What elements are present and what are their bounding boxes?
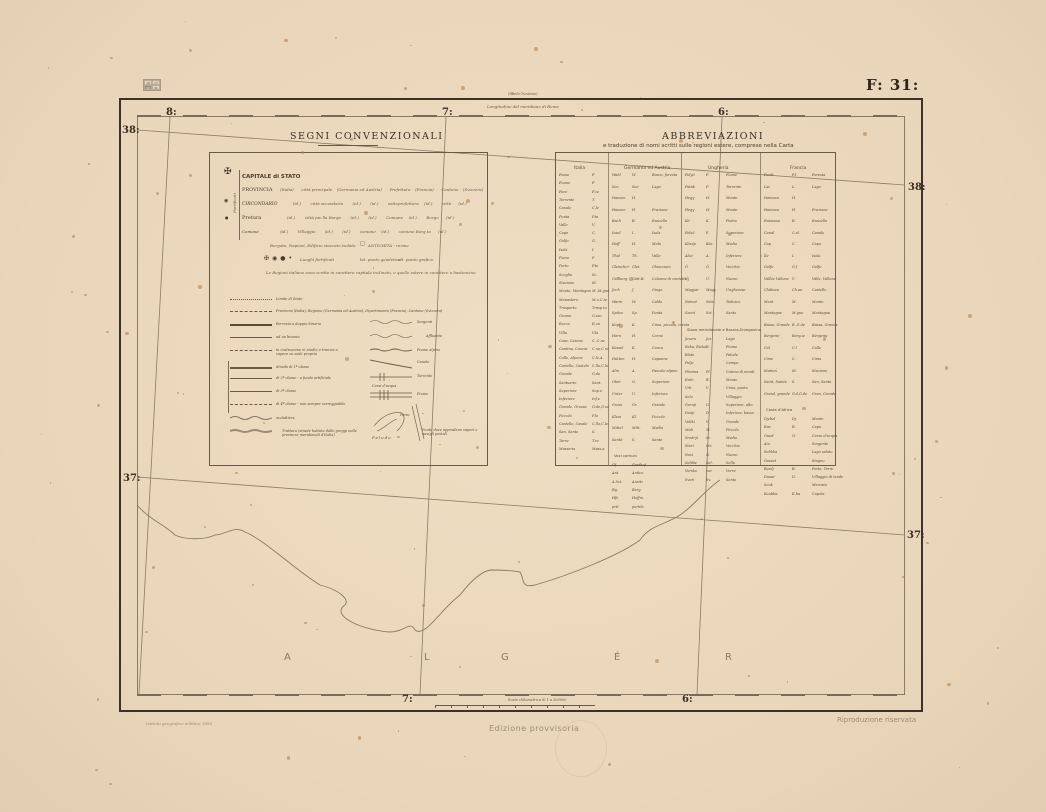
foxing-speck (145, 631, 147, 633)
abbr-cell: Fosso (559, 173, 569, 177)
abbr-cell: Isola (812, 254, 821, 258)
foxing-speck (198, 285, 201, 288)
abbr-cell: Col (764, 346, 770, 350)
foxing-speck (263, 422, 265, 424)
foxing-speck (398, 730, 399, 731)
abbr-cell: B. (792, 467, 796, 471)
hierarchy-col: (id.) (370, 201, 378, 206)
tramway-symbol (230, 350, 272, 351)
foxing-speck (890, 197, 893, 200)
abbr-cell: Casa, Casone (559, 339, 583, 343)
abbr-cell: A. (706, 254, 710, 258)
abbr-cell: Île (764, 254, 769, 258)
abbr-cell: R. (792, 219, 796, 223)
foxing-speck (110, 57, 112, 59)
foxing-speck (350, 138, 353, 141)
hierarchy-col: (id.) (409, 215, 417, 220)
abbr-cell: Mali (685, 428, 693, 432)
abbr-cell: Piccolo (652, 415, 665, 419)
abbr-cell: Frazione (652, 208, 668, 212)
abbr-cell: Gf. (612, 463, 617, 467)
abbr-cell: St. (792, 369, 797, 373)
region-letter: É (614, 652, 620, 663)
abbr-cell: San, Santo (559, 430, 578, 434)
foxing-speck (461, 86, 465, 90)
alpine-river-symbol (370, 347, 412, 353)
abbr-cell: Th. (632, 254, 638, 258)
line-symbol-label: Trattura (strade battute dalle greggi ne… (282, 429, 362, 437)
road-1-symbol (230, 367, 272, 369)
hierarchy-col: (Francia) (415, 187, 434, 192)
line-symbol-label: Ferrovia a doppio binario (276, 322, 321, 326)
abbr-cell: C.l (792, 346, 797, 350)
foxing-speck (404, 87, 407, 90)
foxing-speck (304, 622, 306, 624)
abbr-cell: Dj. (792, 417, 797, 421)
abbr-cell: Szent (685, 311, 695, 315)
abbr-cell: C.llo,C.lo (592, 364, 608, 368)
abbr-cell: Palude (726, 353, 738, 357)
abbr-cell: F. (592, 173, 595, 177)
foxing-speck (71, 291, 73, 293)
hierarchy-col: Comune (386, 215, 403, 220)
abbr-cell: Monte (812, 417, 823, 421)
abbr-cell: Monte (726, 378, 737, 382)
abbr-cell: Punta (652, 311, 662, 315)
abbr-cell: Souk (764, 483, 773, 487)
abbr-cell: Gran, Grande (812, 392, 836, 396)
abbr-cell: Medio (726, 436, 737, 440)
abbr-subheader: Slavo meridionale e Bosnia-Erzegovina (687, 327, 761, 332)
abbr-cell: Sveti (685, 478, 694, 482)
abbr-cell: Vecchio (726, 265, 740, 269)
abbr-cell: G. (592, 239, 596, 243)
abbr-cell: Villaggio (726, 395, 742, 399)
abbr-cell: Sankt (612, 438, 622, 442)
abbr-cell: Brdo (685, 378, 694, 382)
abbr-cell: C. (792, 242, 796, 246)
foxing-speck (380, 471, 381, 472)
abbr-cell: Mass.a (592, 447, 604, 451)
abbr-cell: K.ba (792, 492, 800, 496)
abbr-cell: Canale (812, 231, 824, 235)
abbr-cell: Sella (726, 461, 735, 465)
abbr-cell: Berg.ie (792, 334, 805, 338)
abbr-cell: A.Sct. (612, 480, 623, 484)
hierarchy-col: (id.) (381, 229, 389, 234)
foxing-speck (660, 447, 663, 450)
abbr-cell: M. (706, 428, 711, 432)
abbr-cell: Unter (612, 392, 622, 396)
abbr-cell: Jez. (706, 337, 712, 341)
abbr-cell: Frazione (812, 208, 828, 212)
abbr-cell: Molo (652, 242, 661, 246)
abbr-cell: Kö (685, 219, 690, 223)
abbr-cell: Selište (685, 461, 697, 465)
footer-publisher: Istituto geografico militare 1885 (146, 721, 212, 726)
abbr-cell: Golfo (559, 239, 568, 243)
foxing-speck (672, 321, 675, 324)
scale-bar (435, 705, 595, 708)
abbr-cell: I. (592, 248, 595, 252)
water-symbol-label: Punte dove approdano vapori e navigli po… (422, 428, 482, 436)
abbr-cell: Djebel (764, 417, 775, 421)
abbr-cell: Horn (612, 334, 621, 338)
hierarchy-label: Comune (242, 229, 259, 234)
footer-rights: Riproduzione riservata (837, 716, 916, 724)
abbr-cell: P.ta (592, 215, 598, 219)
abbr-cell: Bassa, Grande (812, 323, 838, 327)
abbr-cell: Bordj (764, 467, 774, 471)
column-divider (760, 153, 761, 465)
legend-note: Le Regioni italiane sono scritte in cara… (266, 270, 475, 275)
foxing-speck (640, 97, 641, 98)
abbr-cell: Nuovo (726, 453, 738, 457)
abbr-cell: D. (706, 411, 710, 415)
abbr-cell: Mitt. (632, 426, 641, 430)
abbr-cell: H. (706, 196, 710, 200)
abbr-cell: Colle (812, 346, 821, 350)
abbr-cell: Vorsko (685, 469, 697, 473)
abbr-cell: Cima, punta (726, 386, 748, 390)
circondario-symbol-icon: ◉ (224, 198, 228, 204)
abbr-cell: Station (764, 369, 777, 373)
abbr-cell: M. (792, 300, 797, 304)
column-divider (681, 153, 682, 465)
legend-note: ANTICHITA - rovine (368, 243, 409, 248)
abbr-cell: Gletscher (612, 265, 629, 269)
spring-symbol (370, 319, 412, 325)
abbr-cell: Ó (685, 265, 688, 269)
abbr-cell: Forte, Torre (812, 467, 833, 471)
side-label: Fortificati (232, 193, 237, 213)
foxing-speck (760, 255, 762, 257)
hierarchy-col: (id.) (342, 229, 350, 234)
abbr-cell: Foce (559, 190, 567, 194)
abbr-cell: Oued (764, 434, 773, 438)
abbr-cell: Wald (612, 173, 621, 177)
abbreviations-title: ABBREVIAZIONI (662, 131, 764, 142)
abbr-cell: Foresta (812, 173, 825, 177)
line-symbol-label: di 4ª classe - non sempre carreggiabile (276, 402, 345, 406)
abbr-cell: Cima (812, 357, 821, 361)
abbr-cell: T.re (592, 439, 599, 443)
abbr-cell: Castello, Casale (559, 422, 587, 426)
water-symbol-label: Canale (417, 360, 429, 364)
abbr-cell: Douar (764, 475, 775, 479)
abbr-cell: Capanne (652, 357, 668, 361)
abbr-cell: H. (632, 242, 636, 246)
abbr-cell: Santo (652, 438, 662, 442)
hierarchy-col: Prefettura (390, 187, 411, 192)
abbr-cell: Pietra (726, 219, 737, 223)
abbr-cell: Villaggio di tende (812, 475, 843, 479)
abbr-cell: P.lo (592, 414, 598, 418)
abbr-cell: Sp. (632, 311, 638, 315)
abbr-cell: Grosso (559, 314, 571, 318)
abbr-cell: Ruisseau (764, 219, 780, 223)
abbr-cell: See (632, 185, 639, 189)
road-3-symbol (230, 391, 272, 392)
foxing-speck (892, 472, 894, 474)
foxing-speck (109, 783, 111, 785)
abbr-cell: Bosco, foresta (652, 173, 677, 177)
abbr-cell: Köz. (706, 242, 714, 246)
abbr-cell: Stazione (559, 281, 574, 285)
abbr-cell: Novi (685, 453, 693, 457)
foxing-speck (863, 132, 866, 135)
abbr-cell: Monte (726, 208, 737, 212)
abbr-cell: Garaet (764, 459, 776, 463)
water-symbol-label: Fiume (417, 392, 428, 396)
foxing-speck (968, 314, 972, 318)
scale-label: Scala chilometrica di 1 a 500000 (508, 698, 566, 702)
abbr-cell: Torrente (726, 185, 741, 189)
legend-circondario: CIRCONDARIO (id.) città secondaria (id.)… (242, 201, 467, 207)
abbr-cell: Sr. (706, 436, 711, 440)
water-symbol-label: Affluente (426, 334, 442, 338)
blind-stamp (555, 720, 607, 777)
hierarchy-col: (id.) (446, 215, 454, 220)
abbr-cell: Hütten (612, 357, 624, 361)
water-symbol-label: Palude (372, 435, 392, 440)
abbr-cell: Medio (726, 242, 737, 246)
abbr-cell: P. (592, 256, 595, 260)
abbr-cell: Ghiacciaio (652, 265, 671, 269)
foxing-speck (177, 392, 179, 394)
abbr-cell: H. (632, 196, 636, 200)
abbr-cell: Piccolo (559, 414, 572, 418)
abbr-cell: Nuovo (726, 277, 738, 281)
water-symbol-label: Porto (400, 413, 410, 417)
trattura-symbol (230, 428, 272, 434)
abbr-cell: R. (792, 425, 796, 429)
abbr-cell: Ain (764, 442, 770, 446)
foxing-speck (152, 566, 155, 569)
abbr-cell: Sv. (706, 478, 711, 482)
legend-note: Luoghi fortificati (300, 257, 334, 262)
line-symbol-label: Strada di 1ª classe (276, 365, 309, 369)
line-symbol-label: di 2ª classe - a fondo artificiale (276, 376, 331, 380)
abbr-cell: P. (706, 185, 709, 189)
legend-comune: Comune (id.) Villaggio (id.) (id.) comun… (242, 229, 446, 234)
road-bracket (228, 361, 229, 413)
foxing-speck (72, 235, 74, 237)
hierarchy-col: (id.) (353, 201, 361, 206)
abbr-cell: H. (632, 334, 636, 338)
capital-symbol-icon: ✠ (224, 167, 232, 177)
abbr-cell: Hoffm. (632, 496, 644, 500)
hierarchy-col: sottoprefettura (388, 201, 419, 206)
abbr-cell: Piccolo (726, 428, 739, 432)
abbr-cell: G.d,G.de (792, 392, 807, 396)
abbr-cell: G.de (592, 372, 600, 376)
foxing-speck (422, 604, 425, 607)
abbr-cell: F.t (792, 173, 796, 177)
abbr-cell: Blato (685, 353, 694, 357)
legend-pretura: Pretura (id.) città pic.lla Borgo (id.) … (242, 215, 454, 221)
foxing-speck (548, 345, 552, 349)
abbr-cell: Santo (726, 311, 736, 315)
abbr-cell: Golfo (812, 265, 821, 269)
column-header-francia: Francia (790, 166, 806, 171)
foxing-speck (358, 736, 361, 739)
tributary-symbol (370, 333, 412, 339)
hierarchy-col: città (442, 201, 451, 206)
legend-capital: CAPITALE di STATO (242, 174, 300, 180)
abbr-cell: Lac (764, 185, 770, 189)
hierarchy-label: CIRCONDARIO (242, 202, 277, 207)
water-symbol-label: Torrente (417, 374, 432, 378)
abbr-cell: Ó. (706, 265, 710, 269)
abbr-cell: Veliki (685, 420, 695, 424)
foxing-speck (397, 436, 399, 438)
abbr-cell: Német (685, 300, 697, 304)
abbr-cell: Basse, Grande (764, 323, 790, 327)
abbr-cell: Bergerie (764, 334, 780, 338)
abbr-cell: Hausen (612, 208, 626, 212)
abbr-cell: W. (632, 300, 636, 304)
abbr-cell: Stari (685, 444, 694, 448)
hierarchy-col: (id.) (287, 215, 295, 220)
abbr-cell: Berg (632, 488, 641, 492)
abbr-cell: Ú. (706, 277, 710, 281)
hierarchy-col: città principale (301, 187, 332, 192)
abbr-cell: Superiore, alto (726, 403, 753, 407)
abbr-cell: M.,M.gna (592, 289, 609, 293)
abbr-cell: San, Santo (812, 380, 831, 384)
legend-provincia: PROVINCIA (Italia) città principale (Ger… (242, 187, 483, 193)
hierarchy-col: (id.) (438, 229, 446, 234)
abbr-cell: G. (706, 403, 710, 407)
abbr-cell: K. (632, 346, 636, 350)
abbr-cell: Cime (764, 357, 773, 361)
abbr-cell: J. (632, 288, 634, 292)
abbr-cell: Capo (559, 231, 568, 235)
foxing-speck (748, 675, 749, 676)
abbr-cell: Göllberg (612, 277, 627, 281)
abbr-cell: Koubba (764, 492, 777, 496)
foxing-speck (364, 211, 368, 215)
abbr-cell: Donji (685, 411, 694, 415)
foxing-speck (945, 366, 948, 369)
hierarchy-col: Cantone (441, 187, 458, 192)
abbr-cell: Trasporto (559, 306, 576, 310)
abbr-cell: Antico (632, 471, 643, 475)
abbr-cell: Medio (652, 426, 663, 430)
fortified-symbols-icon: ✠◉●• (264, 255, 295, 262)
title-underline (318, 145, 378, 146)
abbr-cell: L. (792, 185, 795, 189)
abbr-cell: Mont (764, 300, 773, 304)
abbr-cell: Planina (685, 370, 698, 374)
abbr-cell: G.f (792, 265, 797, 269)
abbr-cell: Piano (559, 256, 569, 260)
water-symbol-label: Sorgenti (417, 320, 432, 324)
abbr-cell: B. (706, 378, 710, 382)
legend-panel: ✠ ◉ ● CAPITALE di STATO PROVINCIA (Itali… (209, 152, 488, 466)
abbr-cell: Lago (726, 337, 735, 341)
abbr-cell: F.ce (592, 190, 599, 194)
abbr-cell: F. (592, 181, 595, 185)
abbr-cell: C.le (592, 206, 599, 210)
region-letter: G (501, 652, 509, 663)
abbr-cell: Torrente (559, 198, 574, 202)
hierarchy-col: comune (360, 229, 376, 234)
abbr-cell: Ruscello (652, 219, 667, 223)
foxing-speck (902, 576, 904, 578)
abbr-cell: Felső (685, 231, 694, 235)
abbr-cell: Magy. (706, 288, 717, 292)
graticule-and-coastline (0, 0, 1046, 812)
single-railway-symbol (230, 337, 272, 338)
abbr-cell: Isola (652, 231, 661, 235)
abbr-cell: Trasp.to (592, 306, 607, 310)
abbr-cell: Conca (652, 346, 663, 350)
foxing-speck (466, 199, 470, 203)
abbr-cell: Gött.B. (632, 277, 645, 281)
foxing-speck (125, 332, 129, 336)
hierarchy-col: comune Borg.to (399, 229, 431, 234)
abbr-cell: S. (792, 380, 795, 384)
hierarchy-col: (Germania ed Austria) (337, 187, 382, 192)
abbr-cell: Thal (612, 254, 620, 258)
abbr-cell: Monastero (559, 298, 578, 302)
abbr-cell: C.le,A. (592, 356, 604, 360)
foxing-speck (459, 223, 461, 225)
abbr-cell: Bach (612, 219, 621, 223)
foxing-speck (547, 426, 550, 429)
line-symbol-label: in costruzione in studio o tranvia a vap… (276, 348, 346, 356)
abbr-cell: Corso d'acqua (812, 434, 837, 438)
abbr-cell: Sant. (592, 381, 601, 385)
mule-track-symbol (230, 415, 272, 421)
abbr-cell: Grande (652, 403, 665, 407)
abbr-cell: M.gne (792, 311, 803, 315)
abbr-cell: Cap (764, 242, 771, 246)
abbr-cell: H. (792, 208, 796, 212)
line-symbol-label: Limite di Stato (276, 297, 302, 301)
abbr-cell: Giogo (652, 288, 662, 292)
abbr-cell: Ném. (706, 300, 716, 304)
hierarchy-col: città secondaria (311, 201, 344, 206)
abbr-cell: Hft. (612, 496, 619, 500)
abbr-cell: Vorre (726, 469, 736, 473)
column-header-ungheria: Ungheria (708, 166, 728, 171)
ruins-icon: □ (360, 241, 365, 247)
abbr-cell: Valle (559, 223, 568, 227)
abbr-cell: Porto (559, 264, 569, 268)
abbr-cell: Mittel (612, 426, 623, 430)
abbr-cell: Hausen (612, 196, 626, 200)
abbr-cell: See (612, 185, 619, 189)
region-letter: L (424, 652, 430, 663)
foxing-speck (410, 45, 412, 47)
abbr-cell: Stagno (812, 459, 825, 463)
abbr-cell: G.sso (592, 314, 601, 318)
foxing-speck (414, 548, 416, 550)
abbr-cell: K. (632, 323, 636, 327)
abbr-cell: Klein (612, 415, 621, 419)
foxing-speck (629, 277, 633, 281)
water-symbol-label: Fiume alpino (417, 348, 440, 352)
abbr-cell: Saint, Sainte (764, 380, 787, 384)
abbr-cell: Monte, Montagna (559, 289, 591, 293)
abbr-cell: Colonna di contatto (652, 277, 687, 281)
abbr-cell: Hameau (764, 196, 779, 200)
abbr-cell: Forêt (764, 173, 774, 177)
abbr-cell: Fiume (726, 345, 737, 349)
